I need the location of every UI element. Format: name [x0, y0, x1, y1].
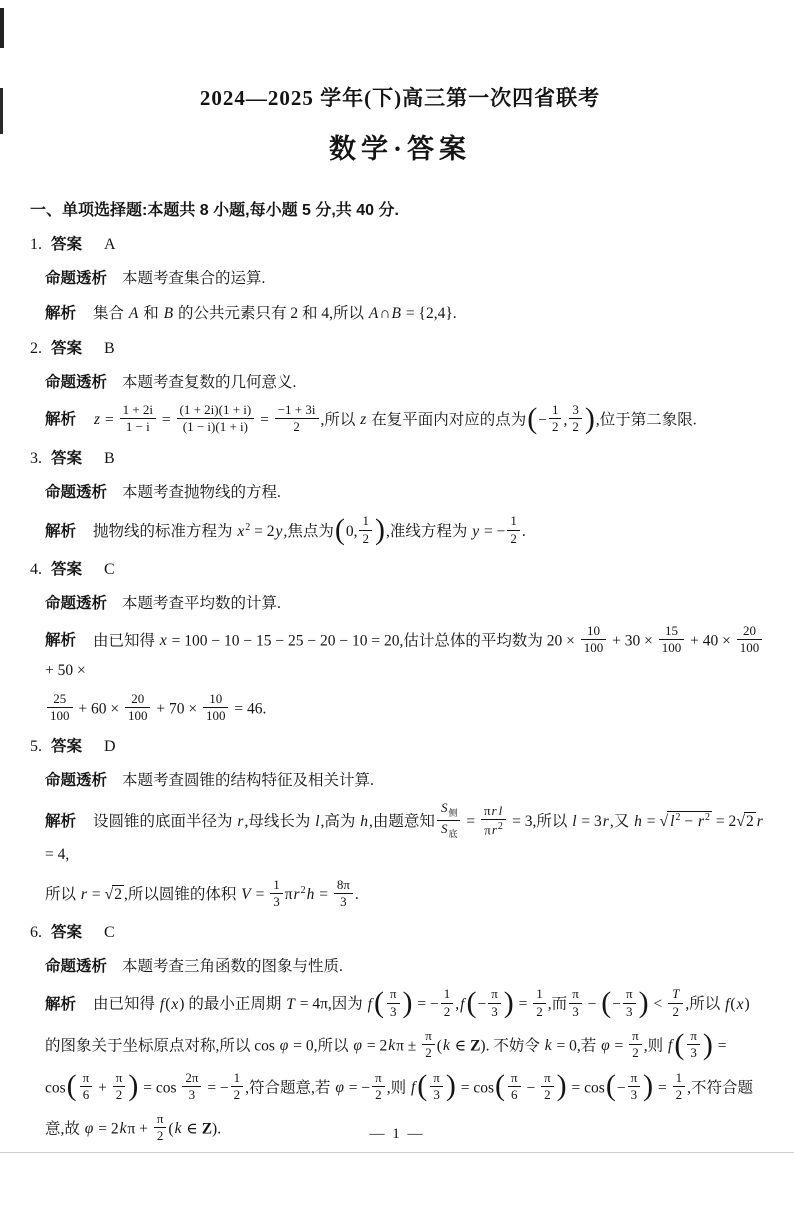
math-variable: l [314, 813, 320, 830]
fraction: πrlπr2 [481, 804, 506, 838]
numerator: 20 [125, 692, 151, 708]
math-variable: f [724, 996, 730, 1013]
numerator: 1 + 2i [120, 403, 156, 419]
math-variable: V [240, 886, 251, 903]
denominator: 2 [422, 1045, 435, 1060]
divider [0, 1152, 794, 1153]
question-number: 6. [30, 921, 47, 945]
math-variable: f [159, 996, 165, 1013]
denominator: 3 [488, 1004, 501, 1019]
math-variable: f [367, 996, 373, 1013]
numerator: π [628, 1071, 641, 1087]
fraction: π6 [508, 1071, 521, 1103]
fraction: 10100 [581, 624, 607, 656]
denominator: 2 [359, 531, 372, 546]
superscript: 2 [675, 812, 680, 823]
question: 2. 答案B命题透析本题考查复数的几何意义.解析z = 1 + 2i1 − i … [30, 337, 770, 437]
solution-line: cos(π6 + π2) = cos 2π3 = −12,符合题意,若 φ = … [45, 1073, 770, 1105]
numerator: π [80, 1071, 93, 1087]
analysis-label: 命题透析 [45, 484, 107, 501]
math-variable: f [459, 996, 465, 1013]
fraction: 13 [270, 878, 283, 910]
analysis-label: 命题透析 [45, 772, 107, 789]
section-heading: 一、单项选择题:本题共 8 小题,每小题 5 分,共 40 分. [30, 199, 770, 223]
denominator: 6 [508, 1087, 521, 1102]
question: 4. 答案C命题透析本题考查平均数的计算.解析由已知得 x = 100 − 10… [30, 558, 770, 725]
solution-label: 解析 [45, 632, 76, 649]
denominator: 2 [673, 1087, 686, 1102]
fraction: S侧S底 [437, 801, 461, 840]
fraction: −1 + 3i2 [275, 403, 319, 435]
question-number: 5. [30, 735, 47, 759]
fraction: π3 [628, 1071, 641, 1103]
fraction: 12 [507, 514, 520, 546]
solution-label: 解析 [45, 305, 76, 322]
math-variable: r [602, 813, 610, 830]
fraction: (1 + 2i)(1 + i)(1 − i)(1 + i) [177, 403, 255, 435]
answer-label: 答案 [51, 561, 82, 578]
subscript: 底 [448, 829, 457, 839]
numerator: 1 [533, 987, 546, 1003]
denominator: 3 [270, 894, 283, 909]
square-root: √l2 − r2 [659, 813, 712, 830]
math-variable: A [128, 305, 139, 322]
denominator: S底 [437, 821, 461, 840]
answer-label: 答案 [51, 924, 82, 941]
solution-line: 解析集合 A 和 B 的公共元素只有 2 和 4,所以 A∩B = {2,4}. [45, 301, 770, 327]
analysis-label: 命题透析 [45, 270, 107, 287]
solution-line: 解析由已知得 f(x) 的最小正周期 T = 4π,因为 f(π3) = −12… [45, 989, 770, 1021]
denominator: 2 [372, 1087, 385, 1102]
answer-label: 答案 [51, 450, 82, 467]
numerator: −1 + 3i [275, 403, 319, 419]
fraction: π3 [488, 987, 501, 1019]
analysis-text: 本题考查三角函数的图象与性质. [122, 958, 343, 975]
fraction: 12 [673, 1071, 686, 1103]
fraction: 1 + 2i1 − i [120, 403, 156, 435]
analysis-text: 本题考查集合的运算. [122, 270, 265, 287]
square-root: √2 [736, 813, 756, 830]
math-variable: k [544, 1037, 553, 1054]
math-variable: r [756, 813, 764, 830]
math-variable: φ [352, 1037, 363, 1054]
exam-answer-page: 2024—2025 学年(下)高三第一次四省联考 数学·答案 一、单项选择题:本… [0, 0, 794, 1208]
numerator: π [422, 1029, 435, 1045]
denominator: 6 [80, 1087, 93, 1102]
analysis-row: 命题透析本题考查复数的几何意义. [45, 371, 770, 395]
question-answer-row: 4. 答案C [30, 558, 770, 582]
numerator: T [668, 987, 683, 1003]
math-variable: x [736, 996, 745, 1013]
answer-label: 答案 [51, 738, 82, 755]
answer-value: B [104, 340, 115, 357]
superscript: 2 [498, 821, 503, 832]
analysis-row: 命题透析本题考查圆锥的结构特征及相关计算. [45, 769, 770, 793]
fraction: 25100 [47, 692, 73, 724]
fraction: π2 [629, 1029, 642, 1061]
numerator: 2π [182, 1071, 201, 1087]
math-variable: k [387, 1037, 396, 1054]
answer-label: 答案 [51, 340, 82, 357]
analysis-text: 本题考查平均数的计算. [122, 595, 281, 612]
denominator: 3 [182, 1087, 201, 1102]
denominator: 3 [623, 1004, 636, 1019]
numerator: π [629, 1029, 642, 1045]
denominator: 2 [533, 1004, 546, 1019]
question: 3. 答案B命题透析本题考查抛物线的方程.解析抛物线的标准方程为 x2 = 2y… [30, 447, 770, 548]
superscript: 2 [705, 812, 710, 823]
question-answer-row: 5. 答案D [30, 735, 770, 759]
math-variable: B [391, 305, 402, 322]
fraction: 15100 [659, 624, 685, 656]
solution-label: 解析 [45, 523, 76, 540]
denominator: 100 [581, 640, 607, 655]
answer-value: D [104, 738, 116, 755]
fraction: π3 [623, 987, 636, 1019]
denominator: 3 [334, 894, 353, 909]
analysis-text: 本题考查抛物线的方程. [122, 484, 281, 501]
numerator: π [113, 1071, 126, 1087]
solution-label: 解析 [45, 411, 76, 428]
denominator: 100 [737, 640, 763, 655]
question-number: 2. [30, 337, 47, 361]
math-variable: r [491, 822, 498, 837]
exam-title: 2024—2025 学年(下)高三第一次四省联考 [30, 0, 770, 111]
fraction: T2 [668, 987, 683, 1019]
denominator: 100 [125, 708, 151, 723]
solution-line: 解析由已知得 x = 100 − 10 − 15 − 25 − 20 − 10 … [45, 626, 770, 684]
math-variable: T [671, 986, 680, 1001]
math-variable: r [697, 813, 705, 830]
question-answer-row: 6. 答案C [30, 921, 770, 945]
fraction: π2 [422, 1029, 435, 1061]
fraction: 20100 [737, 624, 763, 656]
page-number: — 1 — [0, 1126, 794, 1143]
numerator: 25 [47, 692, 73, 708]
numerator: 1 [507, 514, 520, 530]
math-variable: y [275, 523, 284, 540]
numerator: πrl [481, 804, 506, 820]
math-variable: r [80, 886, 88, 903]
denominator: 2 [668, 1004, 683, 1019]
question-answer-row: 3. 答案B [30, 447, 770, 471]
numerator: π [430, 1071, 443, 1087]
numerator: 1 [270, 878, 283, 894]
math-variable: f [667, 1037, 673, 1054]
solution-line: 的图象关于坐标原点对称,所以 cos φ = 0,所以 φ = 2kπ ± π2… [45, 1031, 770, 1063]
scan-artifact [0, 88, 3, 134]
math-variable: z [93, 411, 101, 428]
denominator: 2 [549, 419, 562, 434]
radicand: 2 [112, 885, 124, 904]
denominator: 100 [203, 708, 229, 723]
analysis-label: 命题透析 [45, 958, 107, 975]
numerator: π [488, 987, 501, 1003]
solution-line: 解析抛物线的标准方程为 x2 = 2y,焦点为(0,12),准线方程为 y = … [45, 515, 770, 548]
subscript: 侧 [448, 808, 457, 818]
numerator: 15 [659, 624, 685, 640]
solution-label: 解析 [45, 813, 76, 830]
question-answer-row: 1. 答案A [30, 233, 770, 257]
denominator: 1 − i [120, 419, 156, 434]
denominator: 2 [507, 531, 520, 546]
denominator: 2 [569, 419, 582, 434]
answer-value: B [104, 450, 115, 467]
answer-value: C [104, 924, 115, 941]
answer-value: A [104, 236, 116, 253]
numerator: 1 [673, 1071, 686, 1087]
fraction: 12 [533, 987, 546, 1019]
answer-value: C [104, 561, 115, 578]
numerator: 3 [569, 403, 582, 419]
denominator: 100 [47, 708, 73, 723]
question: 1. 答案A命题透析本题考查集合的运算.解析集合 A 和 B 的公共元素只有 2… [30, 233, 770, 327]
numerator: 8π [334, 878, 353, 894]
math-variable: h [306, 886, 316, 903]
page-title: 数学·答案 [30, 133, 770, 165]
numerator: π [569, 987, 582, 1003]
fraction: 10100 [203, 692, 229, 724]
question: 5. 答案D命题透析本题考查圆锥的结构特征及相关计算.解析设圆锥的底面半径为 r… [30, 735, 770, 911]
scan-artifact [0, 8, 4, 48]
math-variable: φ [600, 1037, 611, 1054]
solution-line: 所以 r = √2,所以圆锥的体积 V = 13πr2h = 8π3. [45, 878, 770, 911]
fraction: 12 [359, 514, 372, 546]
fraction: 12 [441, 987, 454, 1019]
numerator: 10 [581, 624, 607, 640]
fraction: 12 [231, 1071, 244, 1103]
math-variable: z [359, 411, 367, 428]
numerator: π [623, 987, 636, 1003]
numerator: S侧 [437, 801, 461, 821]
analysis-label: 命题透析 [45, 374, 107, 391]
fraction: π2 [541, 1071, 554, 1103]
math-variable: f [410, 1079, 416, 1096]
question-number: 3. [30, 447, 47, 471]
answer-label: 答案 [51, 236, 82, 253]
superscript: 2 [245, 522, 250, 533]
math-variable: k [442, 1037, 451, 1054]
denominator: (1 − i)(1 + i) [177, 419, 255, 434]
denominator: πr2 [481, 820, 506, 838]
fraction: 20100 [125, 692, 151, 724]
solution-line: 解析设圆锥的底面半径为 r,母线长为 l,高为 h,由题意知S侧S底 = πrl… [45, 803, 770, 868]
analysis-row: 命题透析本题考查集合的运算. [45, 267, 770, 291]
fraction: π3 [687, 1029, 700, 1061]
math-variable: B [163, 305, 174, 322]
math-variable: r [293, 886, 301, 903]
denominator: 2 [541, 1087, 554, 1102]
math-variable: φ [279, 1037, 290, 1054]
numerator: 1 [441, 987, 454, 1003]
analysis-row: 命题透析本题考查平均数的计算. [45, 592, 770, 616]
math-variable: x [159, 632, 168, 649]
solution-line: 解析z = 1 + 2i1 − i = (1 + 2i)(1 + i)(1 − … [45, 405, 770, 437]
denominator: 2 [231, 1087, 244, 1102]
denominator: 2 [113, 1087, 126, 1102]
fraction: 32 [569, 403, 582, 435]
fraction: π2 [372, 1071, 385, 1103]
numerator: π [387, 987, 400, 1003]
denominator: 2 [441, 1004, 454, 1019]
numerator: π [372, 1071, 385, 1087]
question-answer-row: 2. 答案B [30, 337, 770, 361]
superscript: 2 [301, 885, 306, 896]
question-number: 1. [30, 233, 47, 257]
analysis-row: 命题透析本题考查三角函数的图象与性质. [45, 955, 770, 979]
fraction: 2π3 [182, 1071, 201, 1103]
radicand: 2 [744, 812, 756, 831]
math-variable: y [471, 523, 480, 540]
fraction: 12 [549, 403, 562, 435]
numerator: 1 [549, 403, 562, 419]
numerator: 20 [737, 624, 763, 640]
questions-list: 1. 答案A命题透析本题考查集合的运算.解析集合 A 和 B 的公共元素只有 2… [30, 233, 770, 1146]
fraction: π3 [387, 987, 400, 1019]
analysis-text: 本题考查圆锥的结构特征及相关计算. [122, 772, 374, 789]
fraction: π3 [430, 1071, 443, 1103]
numerator: π [508, 1071, 521, 1087]
denominator: 3 [687, 1045, 700, 1060]
math-variable: r [491, 803, 498, 818]
denominator: 3 [569, 1004, 582, 1019]
numerator: 1 [231, 1071, 244, 1087]
math-variable: h [633, 813, 643, 830]
math-variable: x [170, 996, 179, 1013]
numerator: 1 [359, 514, 372, 530]
math-variable: l [571, 813, 577, 830]
math-variable: T [285, 996, 296, 1013]
question-number: 4. [30, 558, 47, 582]
analysis-label: 命题透析 [45, 595, 107, 612]
fraction: π2 [113, 1071, 126, 1103]
math-variable: φ [334, 1079, 345, 1096]
radicand: l2 − r2 [667, 811, 712, 831]
fraction: π6 [80, 1071, 93, 1103]
math-variable: r [236, 813, 244, 830]
analysis-row: 命题透析本题考查抛物线的方程. [45, 481, 770, 505]
numerator: 10 [203, 692, 229, 708]
math-variable: x [236, 523, 245, 540]
solution-line: 25100 + 60 × 20100 + 70 × 10100 = 46. [45, 694, 770, 726]
denominator: 3 [430, 1087, 443, 1102]
numerator: (1 + 2i)(1 + i) [177, 403, 255, 419]
math-variable: A [368, 305, 379, 322]
fraction: 8π3 [334, 878, 353, 910]
numerator: π [687, 1029, 700, 1045]
fraction: π3 [569, 987, 582, 1019]
denominator: 3 [387, 1004, 400, 1019]
analysis-text: 本题考查复数的几何意义. [122, 374, 296, 391]
solution-label: 解析 [45, 996, 76, 1013]
question: 6. 答案C命题透析本题考查三角函数的图象与性质.解析由已知得 f(x) 的最小… [30, 921, 770, 1145]
bold-symbol: Z [470, 1037, 480, 1054]
math-variable: h [359, 813, 369, 830]
math-variable: l [498, 803, 504, 818]
denominator: 2 [275, 419, 319, 434]
square-root: √2 [104, 886, 124, 903]
numerator: π [541, 1071, 554, 1087]
denominator: 2 [629, 1045, 642, 1060]
denominator: 100 [659, 640, 685, 655]
denominator: 3 [628, 1087, 641, 1102]
